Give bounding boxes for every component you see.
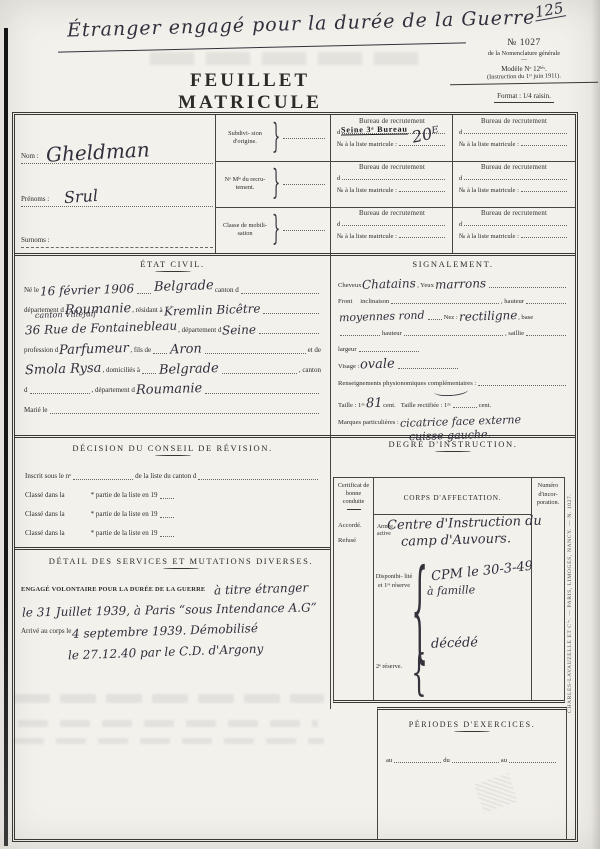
departement2-label: , département d	[178, 327, 221, 337]
cheveux-handwritten: Chatains	[361, 277, 417, 292]
marques-label: Marques particulières :	[338, 419, 399, 428]
signalement-section: SIGNALEMENT. Cheveux Chatains , Yeux mar…	[331, 254, 575, 442]
degre-instruction-title: DEGRÉ D'INSTRUCTION.	[331, 439, 575, 449]
blank-line	[241, 293, 319, 294]
partie-label: * partie de la liste en 19	[91, 530, 158, 540]
blank-line	[509, 762, 556, 763]
corps-affectation-title: CORPS D'AFFECTATION.	[374, 478, 531, 515]
taille-rect-label: Taille rectifiée : 1ᵐ	[401, 402, 451, 411]
blank-line	[222, 373, 297, 374]
recrutement-cell: Nᵒ Mˡᵉ du recru- tement. }	[216, 161, 330, 207]
liste-matricule-label: № à la liste matricule :	[337, 187, 397, 195]
saillie-label: , saillie	[505, 330, 524, 339]
recrutement-label: Nᵒ Mˡᵉ du recru- tement.	[219, 176, 271, 192]
famille-handwritten: à famille	[426, 584, 477, 598]
bureau-cell-1: Bureau de recrutement d № à la liste mat…	[331, 115, 453, 161]
d-label: d	[337, 221, 340, 229]
conseil-title: DÉCISION DU CONSEIL DE RÉVISION.	[15, 443, 330, 453]
blank-line	[160, 536, 174, 537]
periodes-exercices-box: PÉRIODES D'EXERCICES. au du au	[377, 707, 567, 839]
liste-matricule-label: № à la liste matricule :	[459, 141, 519, 149]
blank-line	[340, 335, 380, 336]
liste-matricule-label: № à la liste matricule :	[337, 233, 397, 241]
brace-glyph: }	[272, 119, 280, 158]
nez-handwritten: rectiligne	[458, 309, 519, 324]
blank-line	[398, 368, 458, 369]
blank-line	[394, 762, 441, 763]
arrive-corps-label: Arrivé au corps le	[21, 628, 71, 638]
departement3-label: , département d	[92, 387, 135, 397]
taille-handwritten: 81	[364, 397, 383, 412]
scan-edge-artifact	[4, 28, 8, 846]
periodes-line: au du au	[386, 746, 558, 766]
blank-line	[342, 225, 445, 226]
accorde-label: Accordé.	[336, 522, 371, 529]
marie-label: Marié le	[24, 407, 48, 417]
printer-imprint: CHARLES-LAVAUZELLE ET Cⁱᵉ. — PARIS, LIMO…	[567, 383, 573, 713]
subdivision-label: Subdivi- sion d'origine.	[219, 130, 271, 146]
decede-handwritten: décédé	[430, 636, 479, 652]
d-label: d	[459, 175, 462, 183]
corps-content: Armée active Centre d'Instruction du cam…	[374, 515, 531, 699]
domicilies-label: , domiciliés à	[102, 367, 140, 377]
conseil-lines: Inscrit sous le nᵒ de la liste du canton…	[15, 456, 330, 540]
scanned-military-record: Étranger engagé pour la durée de la Guer…	[0, 0, 600, 849]
taille-label: Taille : 1ᵐ	[338, 402, 365, 411]
mere-handwritten: Smola Rysa	[24, 362, 103, 378]
classe-mobilisation-cell: Classe de mobili- sation }	[216, 207, 330, 253]
blank-line	[342, 179, 445, 180]
bureau-grid: Bureau de recrutement d № à la liste mat…	[331, 115, 575, 253]
blank-line	[464, 179, 567, 180]
profession-handwritten: Parfumeur	[58, 342, 130, 358]
etat-civil-section: ÉTAT CIVIL. Né le 16 février 1906 Belgra…	[15, 254, 330, 417]
format-note: Format : 1/4 raisin.	[494, 92, 554, 103]
handwritten-header-annotation: Étranger engagé pour la durée de la Guer…	[66, 8, 537, 41]
blank-line	[283, 183, 325, 185]
cpm-date-handwritten: CPM le 30-3-49	[430, 560, 535, 585]
brace-glyph: {	[411, 647, 426, 702]
canton-note-handwritten: canton Villejuif	[34, 310, 98, 321]
bureau-stamp: Seine 3ᵉ Bureau	[341, 125, 408, 136]
reference-block: № 1027 de la Nomenclature générale — Mod…	[450, 38, 598, 104]
blank-line	[453, 407, 477, 408]
blank-line	[521, 237, 567, 238]
bureau-cell-2: Bureau de recrutement d № à la liste mat…	[453, 115, 575, 161]
blank-line	[428, 319, 442, 320]
form-number: № 1027	[450, 38, 598, 50]
d-label: d	[337, 175, 340, 183]
blank-line	[399, 237, 445, 238]
engage-volontaire-label: ENGAGÉ VOLONTAIRE POUR LA DURÉE DE LA GU…	[21, 586, 205, 596]
nom-value-handwritten: Gheldman	[44, 139, 151, 166]
domicile-handwritten: Belgrade	[158, 362, 220, 378]
bureau-cell-4: Bureau de recrutement d № à la liste mat…	[453, 161, 575, 207]
signalement-lines: Cheveux Chatains , Yeux marrons Front in…	[331, 269, 575, 442]
etat-civil-title: ÉTAT CIVIL.	[15, 259, 330, 269]
etat-civil-lines: Né le 16 février 1906 Belgrade canton d …	[15, 272, 330, 417]
front-label: Front	[338, 298, 352, 307]
bureau-title: Bureau de recrutement	[459, 164, 569, 171]
adresse-handwritten: 36 Rue de Fontainebleau	[24, 320, 178, 338]
bureau-title: Bureau de recrutement	[337, 210, 447, 217]
blank-line	[30, 393, 90, 394]
bureau-cell-5: Bureau de recrutement d № à la liste mat…	[331, 207, 453, 253]
bureau-cell-6: Bureau de recrutement d № à la liste mat…	[453, 207, 575, 253]
cheveux-label: Cheveux	[338, 282, 361, 291]
brace-glyph: }	[272, 211, 280, 250]
conseil-revision-section: DÉCISION DU CONSEIL DE RÉVISION. Inscrit…	[15, 437, 330, 540]
liste-matricule-label: № à la liste matricule :	[459, 187, 519, 195]
demobilisation-handwritten: le 27.12.40 par le C.D. d'Argony	[67, 643, 265, 663]
blank-line	[464, 133, 567, 134]
d-label: d	[459, 221, 462, 229]
blank-line	[478, 385, 566, 386]
yeux-label: , Yeux	[417, 282, 434, 291]
blank-line	[521, 191, 567, 192]
identity-middle-column: Subdivi- sion d'origine. } Nᵒ Mˡᵉ du rec…	[216, 115, 330, 253]
departement-domicile-handwritten: Roumanie	[135, 382, 204, 398]
title-flourish	[454, 731, 490, 732]
degre-instruction-section: DEGRÉ D'INSTRUCTION.	[331, 439, 575, 452]
blank-line	[521, 145, 567, 146]
title-flourish	[435, 451, 471, 452]
blank-line	[399, 191, 445, 192]
prenoms-value-handwritten: Srul	[63, 188, 100, 207]
blank-line	[137, 293, 151, 294]
partie-label: * partie de la liste en 19	[91, 511, 158, 521]
blank-line	[526, 335, 566, 336]
prenoms-row: Prénoms : Srul	[21, 172, 213, 207]
largeur-label: largeur	[338, 346, 357, 355]
cent-label: cent.	[383, 402, 396, 411]
lieu-naissance-handwritten: Belgrade	[153, 279, 215, 295]
blank-line	[50, 413, 319, 414]
signalement-title: SIGNALEMENT.	[331, 259, 575, 269]
blank-line	[142, 373, 156, 374]
services-title: DÉTAIL DES SERVICES ET MUTATIONS DIVERSE…	[15, 556, 347, 566]
blank-line	[153, 353, 167, 354]
disponibilite-label: Disponibi- lité et 1ʳᵉ réserve	[375, 573, 413, 590]
certificat-label: Certificat de bonne conduite	[336, 482, 371, 507]
blank-line	[399, 145, 445, 146]
blank-line	[283, 229, 325, 231]
classe-label: Classé dans la	[25, 530, 65, 540]
hauteur2-label: hauteur	[382, 330, 402, 339]
subdivision-cell: Subdivi- sion d'origine. }	[216, 115, 330, 161]
blank-line	[198, 479, 318, 480]
refuse-label: Refusé	[336, 537, 371, 544]
prenoms-label: Prénoms :	[21, 196, 49, 206]
blank-line	[526, 303, 566, 304]
adresse-wrap: 36 Rue de Fontainebleau canton Villejuif	[24, 319, 178, 337]
identity-block: Nom : Gheldman Prénoms : Srul Surnoms :	[21, 119, 213, 248]
corps-affectation-table: Certificat de bonne conduite Accordé. Re…	[333, 477, 565, 703]
blank-line	[464, 225, 567, 226]
inclinaison-label: inclinaison	[360, 298, 389, 307]
services-lines: ENGAGÉ VOLONTAIRE POUR LA DURÉE DE LA GU…	[15, 569, 347, 659]
reserve2-label: 2ᵉ réserve.	[376, 663, 402, 670]
bureau-title: Bureau de recrutement	[459, 210, 569, 217]
brace-glyph: }	[272, 165, 280, 204]
d-label: d	[459, 129, 462, 137]
canton2-label: , canton	[299, 367, 321, 377]
ne-le-label: Né le	[24, 287, 39, 297]
bureau-cell-3: Bureau de recrutement d № à la liste mat…	[331, 161, 453, 207]
blank-line	[205, 353, 306, 354]
classe-mobilisation-label: Classe de mobili- sation	[219, 222, 271, 238]
blank-line	[263, 313, 319, 314]
bureau-title: Bureau de recrutement	[337, 164, 447, 171]
yeux-handwritten: marrons	[434, 277, 488, 292]
blank-line	[73, 479, 133, 480]
hauteur-label: , hauteur	[501, 298, 524, 307]
blank-line	[404, 335, 503, 336]
label-flourish	[347, 509, 361, 510]
du-label: du	[443, 757, 450, 766]
blank-line	[283, 137, 325, 139]
pere-handwritten: Aron	[169, 342, 203, 357]
blank-line	[489, 287, 566, 288]
blank-line	[205, 393, 319, 394]
au-label: au	[386, 757, 392, 766]
inscrit-label: Inscrit sous le nᵒ	[25, 473, 71, 483]
periodes-title: PÉRIODES D'EXERCICES.	[378, 720, 566, 729]
base-label: , base	[518, 314, 533, 323]
scan-right-shade	[591, 0, 600, 849]
surnoms-label: Surnoms :	[21, 237, 50, 247]
blank-line	[359, 351, 419, 352]
d-label: d	[24, 387, 28, 397]
nez-label: Nez :	[444, 314, 458, 323]
page-showthrough-top	[150, 52, 418, 65]
liste-matricule-label: № à la liste matricule :	[459, 233, 519, 241]
fils-de-label: , fils de	[130, 347, 151, 357]
cent2-label: cent.	[479, 402, 492, 411]
corps-main-column: CORPS D'AFFECTATION. Armée active Centre…	[374, 478, 531, 700]
classe-label: Classé dans la	[25, 492, 65, 502]
classe-label: Classé dans la	[25, 511, 65, 521]
surnoms-row: Surnoms :	[21, 221, 213, 248]
visage-label: Visage :	[338, 363, 359, 372]
departement-residence-handwritten: Seine	[221, 323, 257, 337]
bureau-title: Bureau de recrutement	[459, 118, 569, 125]
liste-canton-label: de la liste du canton d	[135, 473, 196, 483]
visage-handwritten: ovale	[359, 357, 396, 372]
nom-label: Nom :	[21, 153, 39, 163]
services-section: DÉTAIL DES SERVICES ET MUTATIONS DIVERSE…	[15, 549, 347, 659]
blank-line	[259, 333, 319, 334]
liste-matricule-label: № à la liste matricule :	[337, 141, 397, 149]
d-label: d	[337, 129, 340, 137]
nom-row: Nom : Gheldman	[21, 127, 213, 164]
handwritten-page-number: 125	[533, 0, 566, 21]
affectation-l1-handwritten: Centre d'Instruction du	[386, 515, 543, 534]
partie-label: * partie de la liste en 19	[91, 492, 158, 502]
numero-incorporation-label: Numéro d'incor- poration.	[531, 478, 564, 700]
et-de-label: et de	[308, 347, 321, 357]
blank-line	[391, 303, 499, 304]
au-label: au	[501, 757, 507, 766]
profession-label: profession d	[24, 347, 58, 357]
form-border: Nom : Gheldman Prénoms : Srul Surnoms : …	[12, 112, 578, 842]
canton-label: canton d	[215, 287, 239, 297]
divider-dash: —	[450, 58, 598, 63]
form-title: FEUILLET MATRICULE	[115, 70, 385, 114]
blank-line	[160, 498, 174, 499]
blank-line	[160, 517, 174, 518]
blank-line	[452, 762, 499, 763]
residant-label: , résidant à	[132, 307, 163, 317]
